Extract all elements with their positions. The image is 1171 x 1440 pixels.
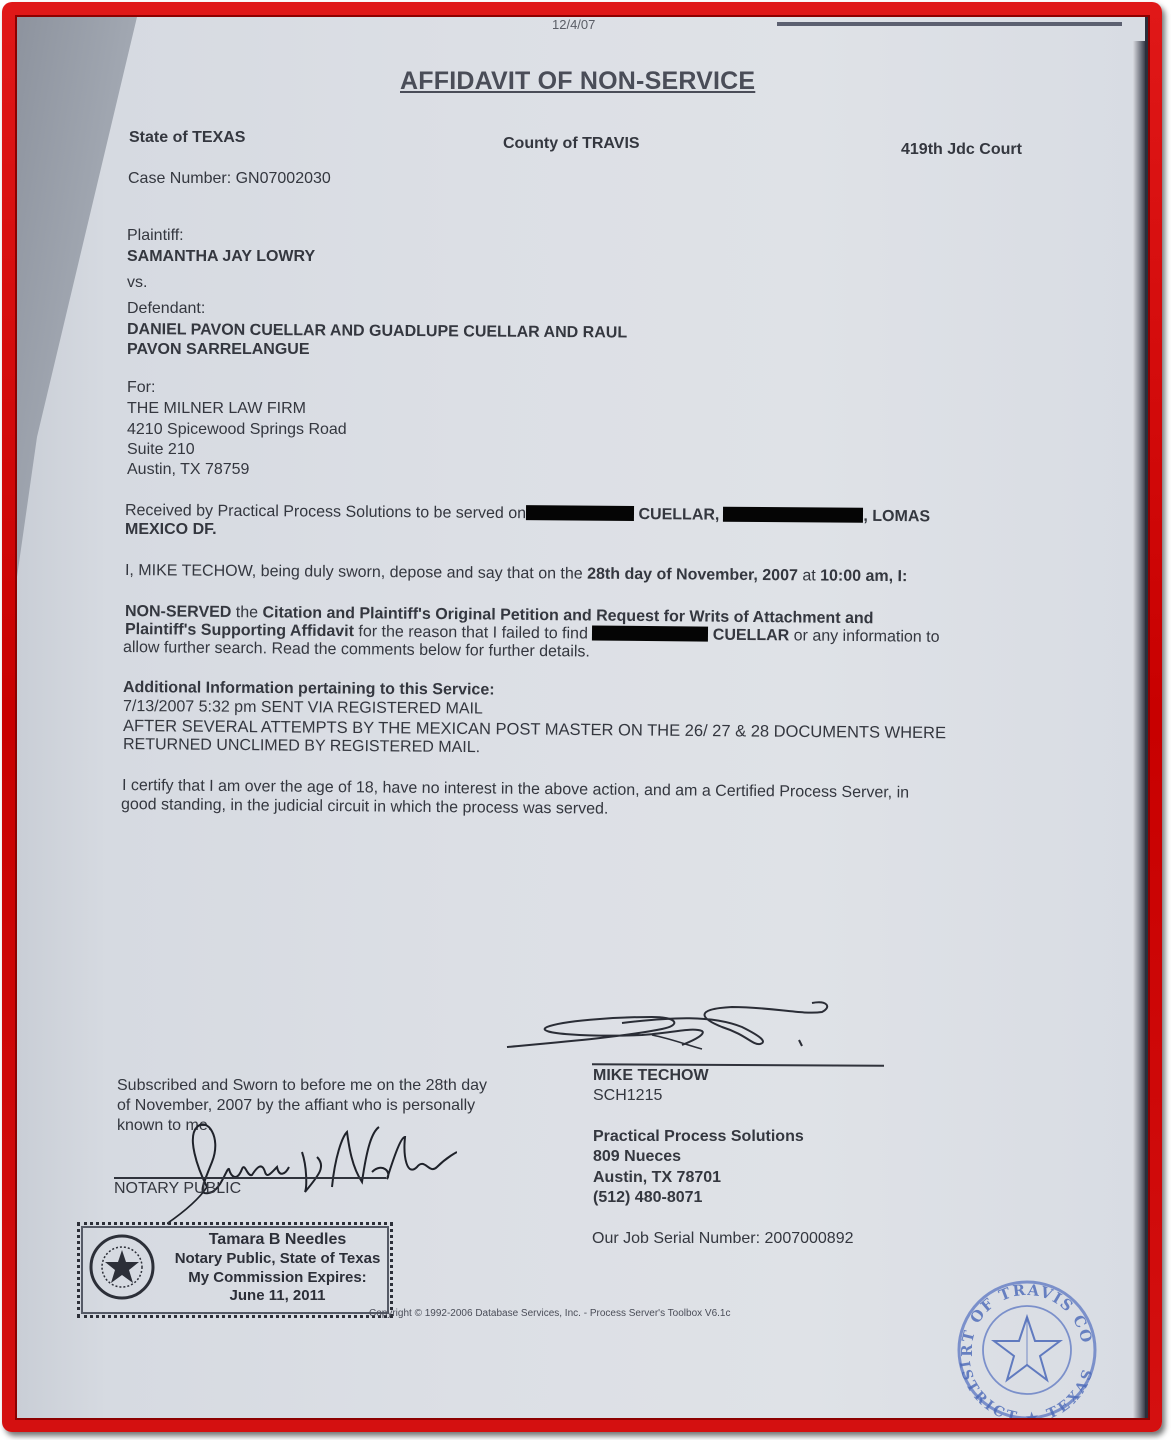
received-prefix: Received by Practical Process Solutions … (125, 502, 526, 522)
defendant-name-line2: PAVON SARRELANGUE (127, 341, 310, 359)
sworn-date: 28th day of November, 2007 (587, 566, 798, 585)
non-served-name: CUELLAR (713, 627, 790, 645)
redaction-bar (592, 625, 708, 641)
notary-stamp: Tamara B Needles Notary Public, State of… (77, 1222, 393, 1318)
sworn-time: 10:00 am, I: (820, 567, 907, 585)
job-serial-value: 2007000892 (765, 1230, 854, 1247)
received-line2: MEXICO DF. (125, 521, 217, 539)
svg-text:COURT OF TRAVIS COUNTY: COURT OF TRAVIS COUNTY (947, 1275, 1096, 1357)
sworn-prefix: I, MIKE TECHOW, being duly sworn, depose… (125, 562, 583, 583)
non-served-reason-end: or any information to (794, 627, 940, 645)
certification-line2: good standing, in the judicial circuit i… (121, 796, 609, 819)
non-served-reason: for the reason that I failed to find (358, 623, 588, 642)
received-line1: Received by Practical Process Solutions … (125, 502, 930, 526)
copyright-notice: Copyright © 1992-2006 Database Services,… (369, 1308, 731, 1319)
court-label: 419th Jdc Court (901, 141, 1022, 159)
additional-info-entry1: 7/13/2007 5:32 pm SENT VIA REGISTERED MA… (123, 698, 483, 719)
server-company: Practical Process Solutions (593, 1128, 804, 1146)
document-title: AFFIDAVIT OF NON-SERVICE (400, 67, 755, 96)
case-number-value: GN07002030 (236, 170, 331, 187)
stamp-commission-label: My Commission Expires: (170, 1269, 385, 1286)
case-number: Case Number: GN07002030 (128, 170, 331, 188)
red-photo-frame: 12/4/07 AFFIDAVIT OF NON-SERVICE State o… (2, 2, 1162, 1432)
received-name: CUELLAR, (638, 506, 719, 524)
sworn-statement: I, MIKE TECHOW, being duly sworn, depose… (125, 562, 907, 586)
stamp-notary-name: Tamara B Needles (170, 1231, 385, 1249)
redaction-bar (723, 507, 863, 523)
firm-address1: 4210 Spicewood Springs Road (127, 421, 347, 439)
server-signature (502, 997, 842, 1057)
stamp-notary-title: Notary Public, State of Texas (170, 1250, 385, 1267)
date-stamp: 12/4/07 (552, 17, 595, 32)
additional-info-entry3: RETURNED UNCLIMED BY REGISTERED MAIL. (123, 736, 480, 757)
server-city: Austin, TX 78701 (593, 1169, 721, 1187)
court-seal-icon: COURT OF TRAVIS COUNTY DISTRICT ★ TEXAS … (947, 1275, 1107, 1418)
redaction-bar (526, 505, 634, 521)
texas-seal-icon (88, 1233, 156, 1301)
state-label: State of TEXAS (129, 129, 245, 147)
additional-info-heading: Additional Information pertaining to thi… (123, 679, 495, 700)
notary-signature (167, 1107, 457, 1237)
notary-signature-line (114, 1177, 386, 1179)
county-label: County of TRAVIS (503, 135, 640, 153)
case-number-label: Case Number: (128, 170, 231, 187)
notary-public-label: NOTARY PUBLIC (114, 1180, 241, 1198)
job-serial-label: Our Job Serial Number: (592, 1230, 760, 1247)
sworn-at: at (802, 567, 815, 584)
plaintiff-name: SAMANTHA JAY LOWRY (127, 248, 315, 266)
stamp-commission-date: June 11, 2011 (170, 1287, 385, 1304)
versus-label: vs. (127, 274, 147, 292)
server-phone: (512) 480-8071 (593, 1189, 702, 1207)
court-seal-top-text: COURT OF TRAVIS COUNTY (947, 1275, 1096, 1357)
server-id: SCH1215 (593, 1087, 662, 1105)
notary-line1: Subscribed and Sworn to before me on the… (117, 1077, 487, 1095)
job-serial: Our Job Serial Number: 2007000892 (592, 1230, 854, 1248)
non-served-line3: allow further search. Read the comments … (123, 639, 590, 661)
frame-inner-border: 12/4/07 AFFIDAVIT OF NON-SERVICE State o… (15, 15, 1150, 1420)
firm-address2: Suite 210 (127, 441, 195, 459)
defendant-name-line1: DANIEL PAVON CUELLAR AND GUADLUPE CUELLA… (127, 321, 627, 342)
firm-name: THE MILNER LAW FIRM (127, 400, 306, 418)
received-suffix: , LOMAS (863, 508, 930, 526)
firm-city: Austin, TX 78759 (127, 461, 249, 479)
for-label: For: (127, 379, 155, 397)
non-served-the: the (236, 604, 258, 621)
served-documents-cont: Plaintiff's Supporting Affidavit (125, 621, 354, 640)
server-name: MIKE TECHOW (593, 1067, 709, 1085)
plaintiff-label: Plaintiff: (127, 227, 184, 245)
document-page: 12/4/07 AFFIDAVIT OF NON-SERVICE State o… (17, 17, 1145, 1418)
non-served-label: NON-SERVED (125, 603, 232, 621)
server-address: 809 Nueces (593, 1148, 681, 1166)
document-content: 12/4/07 AFFIDAVIT OF NON-SERVICE State o… (17, 17, 1145, 1418)
defendant-label: Defendant: (127, 300, 205, 318)
